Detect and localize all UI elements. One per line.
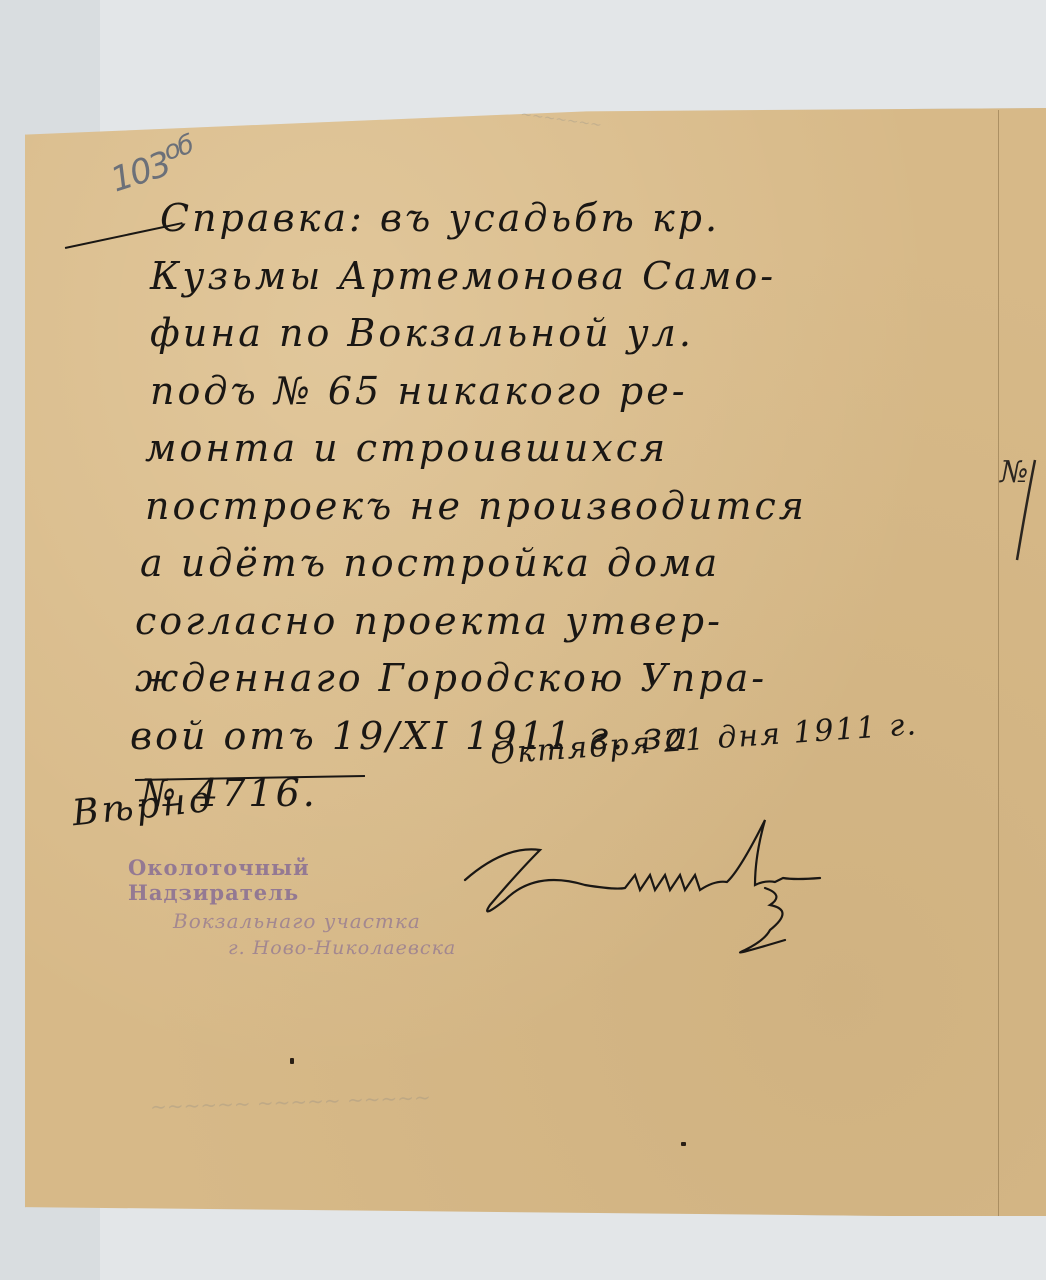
- ink-speck: [290, 1058, 294, 1064]
- signature-scrawl-icon: [465, 810, 885, 970]
- body-line: Справка: въ усадьбѣ кр.: [160, 190, 990, 248]
- body-line: монта и строившихся: [145, 420, 990, 478]
- official-stamp: Околоточный Надзиратель Вокзальнаго учас…: [128, 855, 488, 959]
- body-line: согласно проекта утвер-: [135, 593, 990, 651]
- stamp-line-3: г. Ново-Николаевска: [228, 937, 488, 959]
- body-line: подъ № 65 никакого ре-: [150, 363, 990, 421]
- margin-note: №: [1000, 455, 1028, 490]
- body-line: жденнаго Городскою Упра-: [135, 650, 990, 708]
- stamp-line-1: Околоточный Надзиратель: [128, 855, 488, 905]
- ink-speck: [681, 1142, 686, 1146]
- margin-stroke-icon: [1005, 460, 1045, 580]
- body-line: построекъ не производится: [145, 478, 990, 536]
- paper-fold-line: [998, 110, 999, 1216]
- body-line: Кузьмы Артемонова Само-: [150, 248, 990, 306]
- body-line: фина по Вокзальной ул.: [150, 305, 990, 363]
- stamp-line-2: Вокзальнаго участка: [173, 909, 488, 933]
- body-line: а идётъ постройка дома: [140, 535, 990, 593]
